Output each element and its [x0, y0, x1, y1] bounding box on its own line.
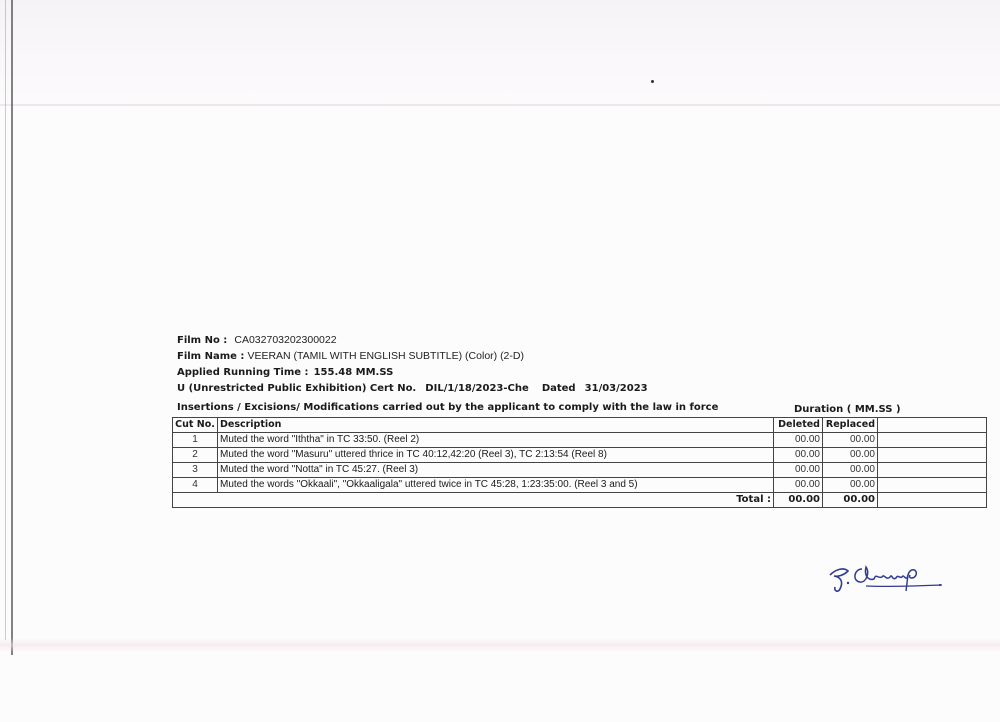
header-description: Description [218, 418, 774, 433]
signature-icon [826, 555, 946, 605]
page-edge-line [11, 0, 13, 655]
replaced-cell: 00.00 [823, 463, 878, 478]
deleted-cell: 00.00 [774, 463, 823, 478]
cut-no-cell: 3 [173, 463, 218, 478]
extra-cell [878, 448, 987, 463]
duration-heading: Duration ( MM.SS ) [794, 404, 901, 415]
table-row: 4 Muted the words "Okkaali", "Okkaaligal… [173, 478, 987, 493]
page-edge-line-secondary [5, 0, 6, 640]
film-no-value: CA032703202300022 [234, 334, 336, 346]
cut-no-cell: 4 [173, 478, 218, 493]
extra-cell [878, 433, 987, 448]
total-deleted: 00.00 [774, 493, 823, 508]
total-label: Total : [173, 493, 774, 508]
replaced-cell: 00.00 [823, 433, 878, 448]
description-cell: Muted the word "Notta" in TC 45:27. (Ree… [218, 463, 774, 478]
modifications-heading-line: Insertions / Excisions/ Modifications ca… [177, 401, 718, 413]
cut-no-cell: 2 [173, 448, 218, 463]
total-extra-cell [878, 493, 987, 508]
extra-cell [878, 463, 987, 478]
table-row: 3 Muted the word "Notta" in TC 45:27. (R… [173, 463, 987, 478]
film-no-label: Film No : [177, 335, 227, 346]
extra-cell [878, 478, 987, 493]
scan-fold-line [0, 104, 1000, 106]
film-no-line: Film No : CA032703202300022 [177, 334, 337, 346]
modifications-heading: Insertions / Excisions/ Modifications ca… [177, 402, 718, 413]
table-header-row: Cut No. Description Deleted Replaced [173, 418, 987, 433]
running-time-label: Applied Running Time : [177, 367, 309, 378]
deleted-cell: 00.00 [774, 433, 823, 448]
description-cell: Muted the words "Okkaali", "Okkaaligala"… [218, 478, 774, 493]
total-replaced: 00.00 [823, 493, 878, 508]
film-name-label: Film Name : [177, 351, 244, 362]
scan-shadow-top [0, 0, 1000, 105]
running-time-value: 155.48 MM.SS [314, 367, 394, 378]
replaced-cell: 00.00 [823, 448, 878, 463]
cut-no-cell: 1 [173, 433, 218, 448]
film-name-line: Film Name : VEERAN (TAMIL WITH ENGLISH S… [177, 350, 524, 362]
header-extra-column [878, 418, 987, 433]
header-deleted: Deleted [774, 418, 823, 433]
header-cut-no: Cut No. [173, 418, 218, 433]
replaced-cell: 00.00 [823, 478, 878, 493]
dated-label: Dated [542, 383, 576, 394]
description-cell: Muted the word "Masuru" uttered thrice i… [218, 448, 774, 463]
deleted-cell: 00.00 [774, 448, 823, 463]
cert-label: U (Unrestricted Public Exhibition) Cert … [177, 383, 416, 394]
deleted-cell: 00.00 [774, 478, 823, 493]
scan-band-bottom [0, 638, 1000, 652]
cert-line: U (Unrestricted Public Exhibition) Cert … [177, 382, 648, 394]
dated-value: 31/03/2023 [585, 383, 648, 394]
cert-no-value: DIL/1/18/2023-Che [425, 383, 528, 394]
cuts-table: Cut No. Description Deleted Replaced 1 M… [172, 417, 987, 508]
table-row: 1 Muted the word "Iththa" in TC 33:50. (… [173, 433, 987, 448]
header-replaced: Replaced [823, 418, 878, 433]
total-row: Total : 00.00 00.00 [173, 493, 987, 508]
description-cell: Muted the word "Iththa" in TC 33:50. (Re… [218, 433, 774, 448]
film-name-value: VEERAN (TAMIL WITH ENGLISH SUBTITLE) (Co… [247, 350, 524, 362]
table-row: 2 Muted the word "Masuru" uttered thrice… [173, 448, 987, 463]
scan-speck [651, 80, 654, 83]
running-time-line: Applied Running Time : 155.48 MM.SS [177, 366, 393, 378]
